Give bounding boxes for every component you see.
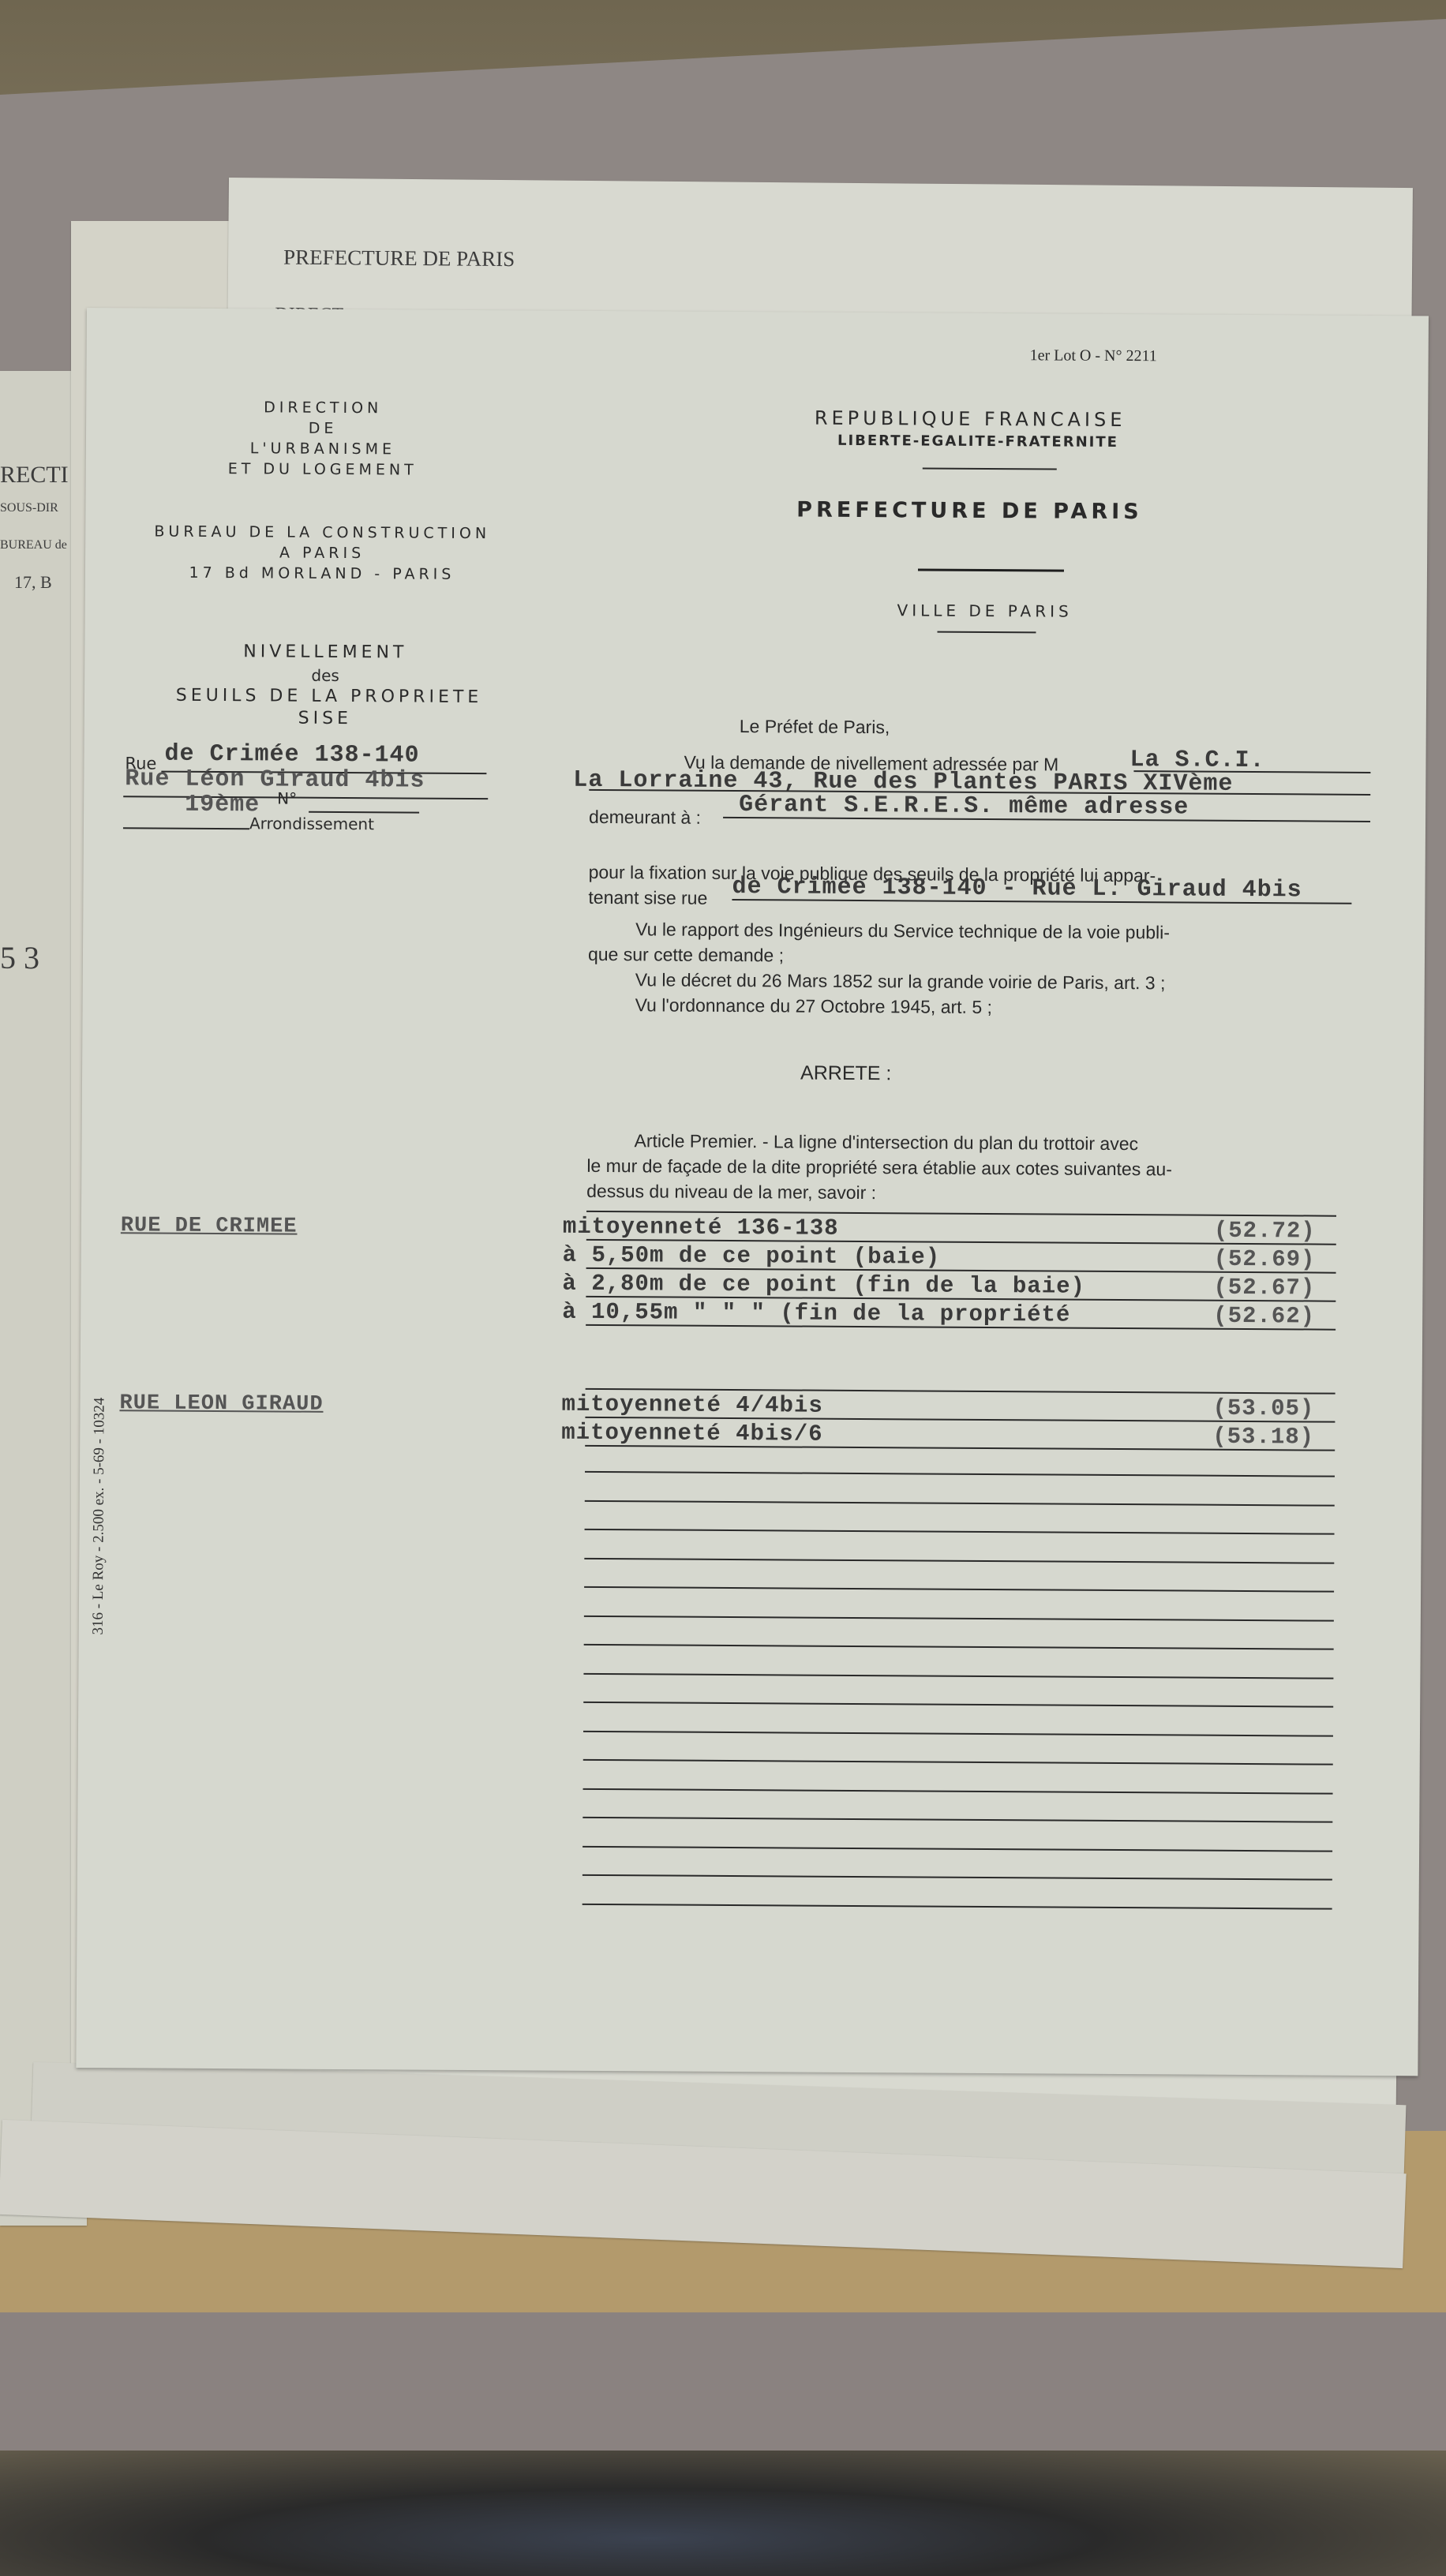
direction-header: DIRECTION DE L'URBANISME ET DU LOGEMENT	[181, 397, 466, 481]
blank-rule	[583, 1788, 1333, 1794]
nivellement-des: des	[195, 665, 455, 686]
underlying-title: PREFECTURE DE PARIS	[283, 245, 515, 272]
article-line-1: Article Premier. - La ligne d'intersecti…	[634, 1130, 1138, 1155]
direction-line: DE	[181, 417, 465, 440]
divider	[938, 631, 1036, 634]
fragment-text: SOUS-DIR	[0, 501, 58, 515]
blank-rule	[583, 1903, 1332, 1909]
rapport-line-2: que sur cette demande ;	[588, 944, 784, 967]
printer-imprint: 316 - Le Roy - 2.500 ex. - 5-69 - 10324	[89, 1279, 110, 1753]
bureau-line: BUREAU DE LA CONSTRUCTION	[117, 521, 527, 544]
rue-value-giraud: Rue Léon Giraud 4bis	[125, 766, 425, 794]
nivellement-title: NIVELLEMENT	[195, 642, 455, 663]
blank-rule	[583, 1730, 1333, 1736]
level-description: à 10,55m " " " (fin de la propriété	[562, 1299, 1070, 1328]
level-value: (52.72)	[1214, 1218, 1316, 1245]
fixation-line-2: tenant sise rue	[588, 887, 707, 909]
blank-rule	[583, 1759, 1333, 1765]
blank-rule	[585, 1529, 1335, 1535]
street-label: RUE DE CRIMEE	[121, 1214, 298, 1238]
blank-rule	[583, 1817, 1332, 1823]
ordonnance-line: Vu l'ordonnance du 27 Octobre 1945, art.…	[635, 994, 993, 1018]
article-line-2: le mur de façade de la dite propriété se…	[586, 1155, 1172, 1181]
arrondissement-label: Arrondissement	[249, 814, 374, 833]
blank-rule	[584, 1586, 1334, 1593]
rue-value-crimee: de Crimée 138-140	[164, 741, 419, 769]
reference-number: 1er Lot O - N° 2211	[1030, 346, 1157, 365]
direction-line: L'URBANISME	[181, 438, 465, 460]
fragment-text: RECTI	[0, 462, 69, 489]
ville-de-paris: VILLE DE PARIS	[827, 601, 1143, 621]
rapport-line-1: Vu le rapport des Ingénieurs du Service …	[635, 919, 1170, 943]
bureau-header: BUREAU DE LA CONSTRUCTION A PARIS 17 Bd …	[117, 521, 527, 585]
arrondissement-underline	[123, 827, 249, 829]
blank-rule	[583, 1702, 1333, 1708]
margin-mark: 5 3	[0, 939, 39, 976]
bureau-line: A PARIS	[117, 541, 527, 564]
blank-rule	[583, 1845, 1332, 1851]
level-value: (52.69)	[1214, 1246, 1316, 1273]
divider	[923, 467, 1057, 470]
background-floor	[0, 2451, 1446, 2576]
numero-underline	[309, 811, 419, 814]
republique-francaise: REPUBLIQUE FRANCAISE	[741, 406, 1199, 432]
prefecture-title: PREFECTURE DE PARIS	[732, 497, 1206, 525]
level-description: mitoyenneté 4/4bis	[561, 1391, 822, 1419]
sise-line: SISE	[195, 708, 455, 729]
blank-rule	[583, 1874, 1332, 1881]
arrondissement-value: 19ème	[185, 792, 260, 819]
article-line-3: dessus du niveau de la mer, savoir :	[586, 1181, 876, 1204]
devise: LIBERTE-EGALITE-FRATERNITE	[757, 432, 1199, 451]
blank-rule	[585, 1500, 1335, 1506]
blank-rule	[584, 1644, 1334, 1650]
blank-rule	[584, 1615, 1334, 1621]
arrete-heading: ARRETE :	[800, 1062, 891, 1086]
level-value: (53.05)	[1212, 1395, 1314, 1422]
decret-line: Vu le décret du 26 Mars 1852 sur la gran…	[635, 969, 1166, 994]
seuils-line: SEUILS DE LA PROPRIETE	[124, 685, 534, 707]
blank-rule	[585, 1471, 1335, 1477]
blank-rule	[583, 1672, 1333, 1679]
direction-line: DIRECTION	[181, 397, 465, 419]
level-description: mitoyenneté 4bis/6	[561, 1420, 822, 1447]
level-value: (53.18)	[1212, 1424, 1314, 1451]
direction-line: ET DU LOGEMENT	[181, 459, 465, 481]
street-label: RUE LEON GIRAUD	[119, 1391, 323, 1417]
underline	[123, 796, 488, 799]
level-description: à 5,50m de ce point (baie)	[563, 1242, 941, 1271]
blank-rule	[584, 1557, 1334, 1563]
fragment-text: 17, B	[14, 572, 52, 593]
fragment-text: BUREAU de	[0, 538, 67, 552]
level-value: (52.67)	[1213, 1275, 1315, 1301]
salutation: Le Préfet de Paris,	[740, 716, 890, 738]
divider	[918, 568, 1064, 571]
demeurant-label: demeurant à :	[589, 807, 701, 829]
level-description: mitoyenneté 136-138	[563, 1214, 839, 1241]
arrete-document: 1er Lot O - N° 2211 DIRECTION DE L'URBAN…	[76, 308, 1429, 2076]
level-value: (52.62)	[1213, 1303, 1315, 1330]
level-description: à 2,80m de ce point (fin de la baie)	[562, 1271, 1085, 1300]
bureau-line: 17 Bd MORLAND - PARIS	[117, 562, 527, 585]
numero-label: N°	[277, 788, 297, 807]
